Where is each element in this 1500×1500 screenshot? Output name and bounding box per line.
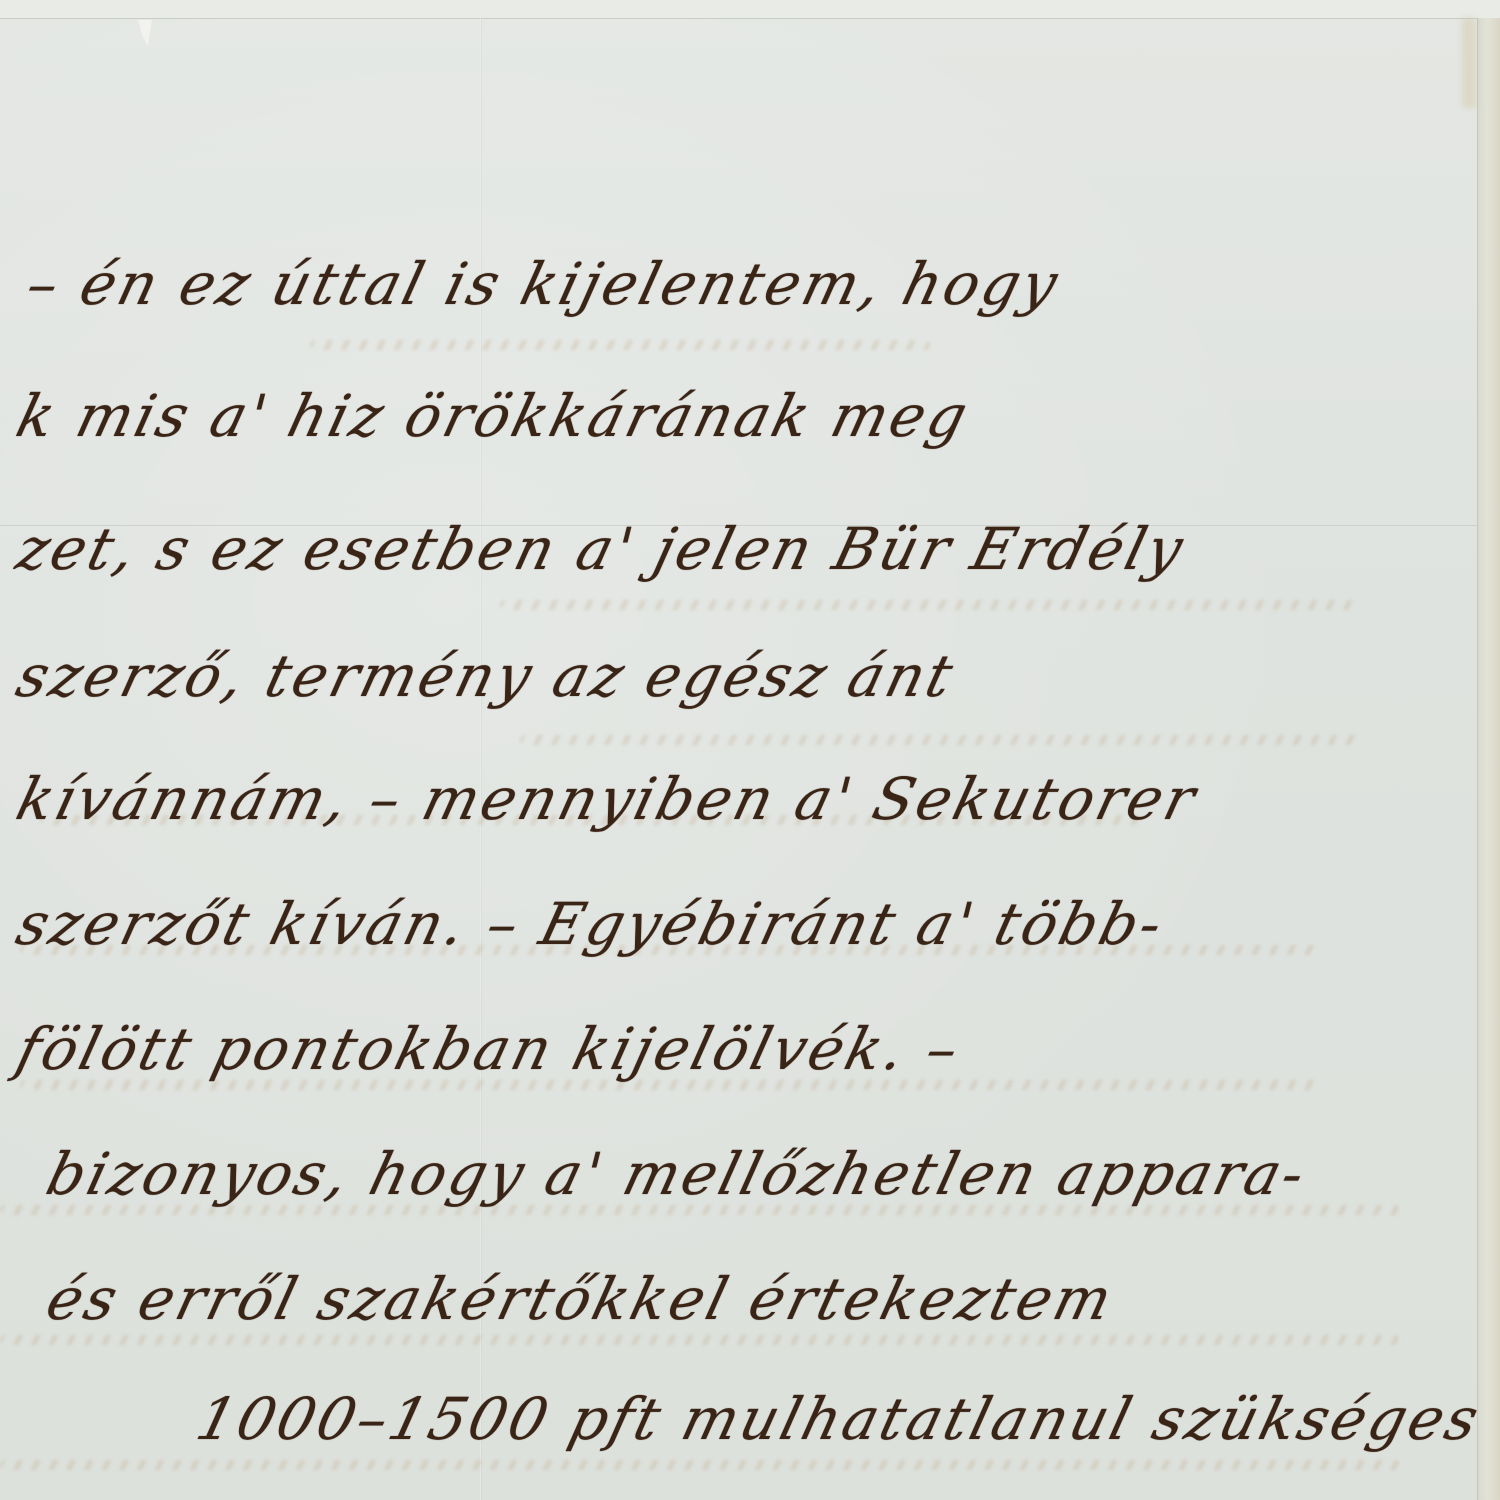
letter-page: – én ez úttal is kijelentem, hogy k mis … — [0, 0, 1500, 1500]
paper-top-edge — [0, 0, 1500, 19]
ink-bleed-through — [500, 600, 1360, 610]
handwritten-line: kívánnám, – mennyiben a' Sekutorer — [10, 765, 1205, 833]
handwritten-line: k mis a' hiz örökkárának meg — [10, 382, 977, 450]
handwritten-line: szerzőt kíván. – Egyébiránt a' több- — [10, 890, 1172, 958]
ink-bleed-through — [0, 1335, 1400, 1345]
ink-bleed-through — [0, 1460, 1400, 1470]
handwritten-line: zet, s ez esetben a' jelen Bür Erdély — [10, 515, 1192, 583]
handwritten-line: és erről szakértőkkel értekeztem — [40, 1265, 1121, 1333]
handwritten-line: bizonyos, hogy a' mellőzhetlen appara- — [40, 1140, 1314, 1208]
page-right-edge — [1477, 18, 1500, 1500]
ink-bleed-through — [520, 735, 1360, 745]
paper-tear — [138, 20, 152, 46]
handwritten-line: – én ez úttal is kijelentem, hogy — [20, 250, 1067, 318]
paper-stain — [1462, 18, 1476, 108]
ink-bleed-through — [310, 340, 930, 350]
handwritten-line: 1000–1500 pft mulhatatlanul szükséges — [190, 1385, 1488, 1453]
handwritten-line: szerző, termény az egész ánt — [10, 642, 962, 710]
handwritten-line: fölött pontokban kijelölvék. – — [10, 1015, 968, 1083]
